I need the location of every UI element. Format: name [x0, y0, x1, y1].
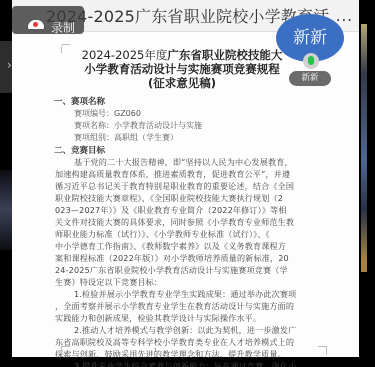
paragraph-line: ，全面考察并展示小学教育专业学生在教育活动设计与实施方面的: [55, 301, 294, 312]
paragraph-line: 职业院校技能大赛章程》、《全国职业院校技能大赛执行规划（2: [55, 193, 283, 204]
heading-line-3: (征求意见稿): [32, 76, 332, 90]
paragraph-line: 师职业能力标准（试行）》、《小学教师专业标准（试行）》、《: [55, 229, 270, 240]
paragraph-line: 1.检验并展示小学教育专业学生实践成果：通过举办此次赛项: [74, 289, 296, 300]
section-heading-2: 二、竞赛目标: [54, 144, 105, 156]
recording-label: 录制中: [51, 19, 84, 53]
background-wallpaper-left: [0, 170, 12, 250]
paragraph-line: 3.提升专业学生综合素养与创新能力：旨在通过竞赛，强化小: [74, 361, 296, 367]
paragraph-line: 中小学德育工作指南》、《教师数字素养》以及《义务教育课程方: [55, 241, 286, 252]
screen: 2024-2025广东省职业院校小学教育活 ... › 2024-2025年度广…: [0, 0, 375, 367]
paragraph-line: 2.推动人才培养模式与教学创新：以此为契机，进一步激发广: [74, 325, 296, 336]
paragraph-line: 案和课程标准（2022年版）》对小学教师培养质量的新标准，20: [55, 253, 289, 264]
page-number: 1: [154, 348, 157, 354]
meta-item: 赛项组别：高职组（学生赛）: [74, 132, 178, 143]
more-options-icon[interactable]: ...: [336, 7, 353, 25]
paragraph-line: 加速构建高质量教育体系，推进素质教育，促进教育公平”，并遵: [55, 169, 290, 180]
participant-name-tag: 新新: [289, 71, 331, 86]
microphone-icon: [303, 53, 319, 69]
paragraph-line: 023—2027年）》及《职业教育专业简介（2022年修订）》等相: [55, 205, 287, 216]
background-wallpaper-right: [361, 24, 367, 272]
paragraph-line: 基于党的二十大报告精神，即“坚持以人民为中心发展教育，: [74, 157, 293, 168]
recording-indicator[interactable]: 录制中: [12, 6, 84, 34]
paragraph-line: 24-2025广东省职业院校小学教育活动设计与实施赛项竞赛（学: [55, 265, 288, 276]
section-heading-1: 一、赛项名称: [54, 95, 105, 107]
paragraph-line: 循习近平总书记关于教育特别是职业教育的重要论述，结合《全国: [55, 181, 294, 192]
meta-item: 赛项编号：GZ060: [74, 108, 141, 119]
recording-camera-icon: [28, 20, 44, 29]
paragraph-line: 实践能力和创新成果，检验其教学设计与实际操作水平。: [55, 313, 261, 324]
page-corner-mark: [318, 346, 327, 355]
heading-line-2: 小学教育活动设计与实施赛项竞赛规程: [32, 62, 332, 76]
paragraph-line: 生赛）特设定以下竞赛目标：: [55, 277, 162, 288]
meta-item: 赛项名称：小学教育活动设计与实施: [74, 120, 202, 131]
paragraph-line: 关文件对技能大赛的具体要求，同时参照《小学教育专业师范生教: [55, 217, 294, 228]
page-corner-mark: [61, 346, 70, 355]
paragraph-line: 东省高职院校及高等专科学校小学教育类专业在人才培养模式上的: [55, 337, 294, 348]
paragraph-line: 探索与创新，鼓励采用先进的教学理念和方法，提升教学质量。: [55, 349, 286, 360]
